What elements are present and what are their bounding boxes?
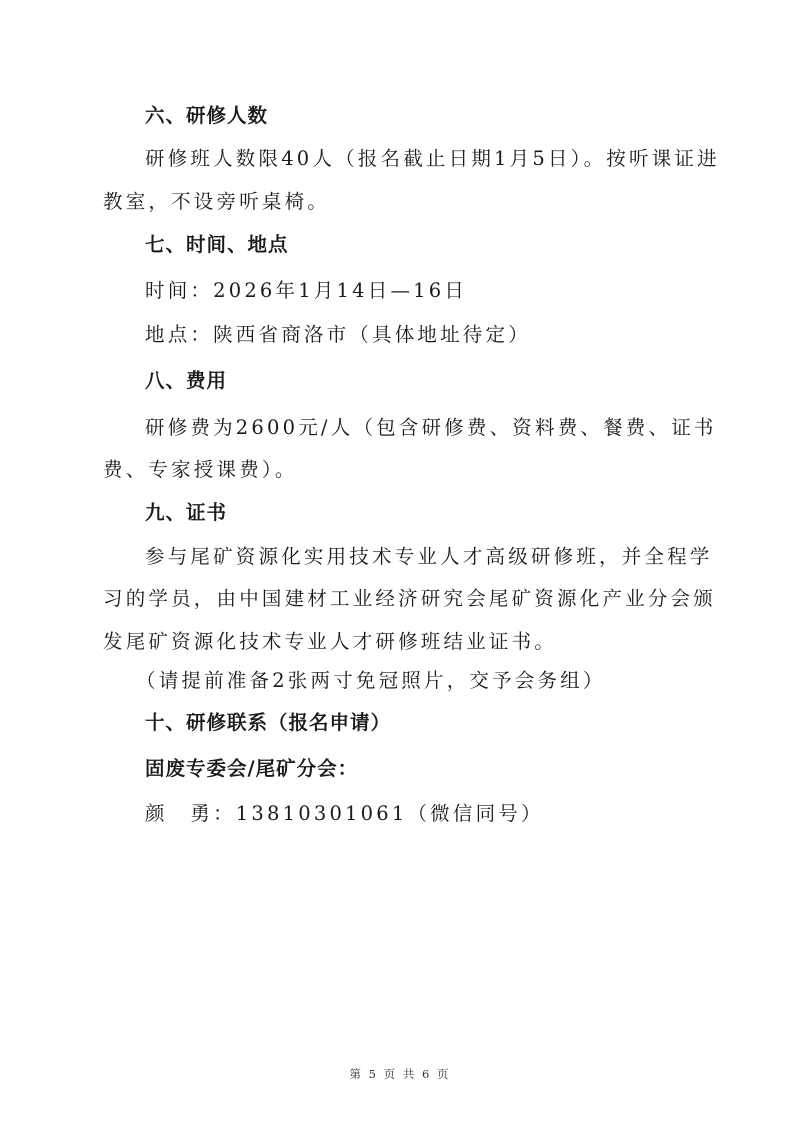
page-footer: 第 5 页 共 6 页 (0, 1066, 800, 1082)
section-heading-9: 九、证书 (145, 500, 745, 526)
paragraph-line: 参与尾矿资源化实用技术专业人才高级研修班，并全程学 (145, 544, 745, 570)
paragraph-line: 研修费为2600元/人（包含研修费、资料费、餐费、证书 (145, 415, 745, 441)
location-line: 地点：陕西省商洛市（具体地址待定） (145, 322, 745, 348)
paragraph-line: 发尾矿资源化技术专业人才研修班结业证书。 (103, 629, 703, 655)
paragraph-line: 费、专家授课费）。 (103, 457, 703, 483)
section-heading-6: 六、研修人数 (145, 103, 745, 129)
section-heading-10: 十、研修联系（报名申请） (145, 710, 745, 736)
contact-org: 固废专委会/尾矿分会： (145, 756, 745, 782)
paragraph-line: 教室，不设旁听桌椅。 (103, 189, 703, 215)
contact-person: 颜 勇：13810301061（微信同号） (145, 801, 745, 827)
paragraph-line: 习的学员，由中国建材工业经济研究会尾矿资源化产业分会颁 (103, 586, 703, 612)
document-page: 六、研修人数 研修班人数限40人（报名截止日期1月5日）。按听课证进 教室，不设… (0, 0, 800, 1131)
section-heading-8: 八、费用 (145, 368, 745, 394)
photo-note: （请提前准备2张两寸免冠照片，交予会务组） (136, 668, 736, 694)
section-heading-7: 七、时间、地点 (145, 232, 745, 258)
paragraph-line: 研修班人数限40人（报名截止日期1月5日）。按听课证进 (145, 146, 745, 172)
time-line: 时间：2026年1月14日—16日 (145, 278, 745, 304)
